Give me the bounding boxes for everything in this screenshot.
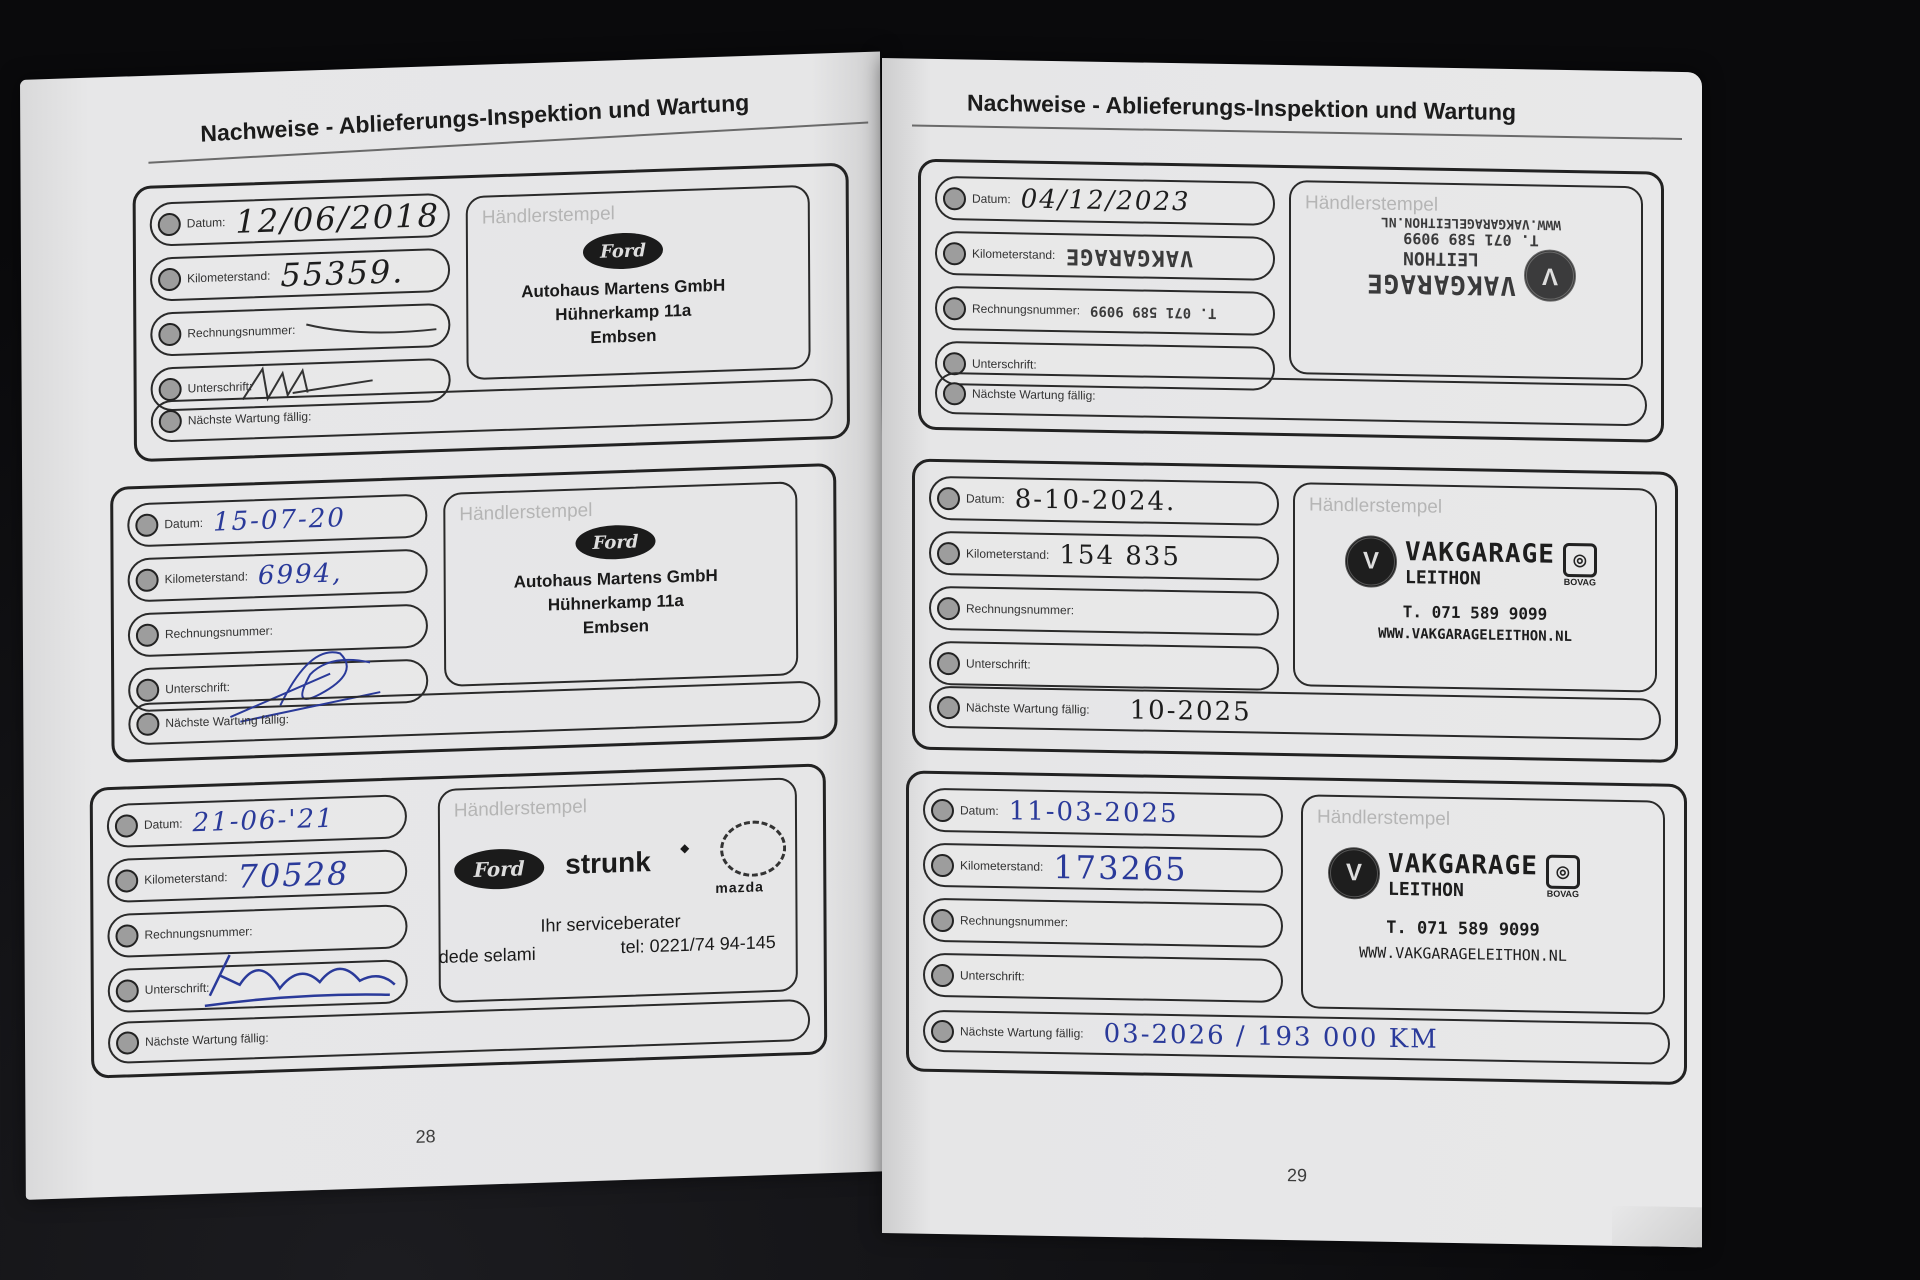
dealer-address: Autohaus Martens GmbH Hühnerkamp 11a Emb… — [498, 273, 748, 353]
vakgarage-logo-icon: V — [1345, 535, 1397, 588]
dealer-phone: tel: 0221/74 94-145 — [621, 932, 776, 958]
date-value: 04/12/2023 — [1021, 184, 1191, 217]
entry-fields: Datum: 21-06-'21 Kilometerstand: 70528 R… — [107, 794, 408, 1024]
km-field[interactable]: Kilometerstand: VAKGARAGE — [935, 231, 1275, 281]
checkbox-circle[interactable] — [931, 853, 954, 876]
date-field[interactable]: Datum: 8-10-2024. — [929, 476, 1279, 526]
dealer-stamp: Händlerstempel Ford strunk ◆ mazda Ihr s… — [438, 777, 798, 1003]
upside-down-stamp: V VAKGARAGE LEITHON T. 071 589 9099 WWW.… — [1331, 213, 1611, 303]
service-entry: Datum: 11-03-2025 Kilometerstand: 173265… — [906, 770, 1687, 1085]
dealer-address: Autohaus Martens GmbH Hühnerkamp 11a Emb… — [486, 563, 746, 644]
checkbox-circle[interactable] — [931, 798, 954, 821]
service-entry: Datum: 15-07-20 Kilometerstand: 6994, Re… — [110, 463, 837, 763]
checkbox-circle[interactable] — [158, 267, 181, 291]
checkbox-circle[interactable] — [158, 212, 181, 236]
title-divider — [912, 125, 1682, 140]
dealer-stamp: Händlerstempel V VAKGARAGE LEITHON ◎BOVA… — [1293, 482, 1657, 692]
bovag-badge-icon: ◎BOVAG — [1546, 855, 1580, 900]
km-value: 173265 — [1053, 848, 1187, 888]
date-field[interactable]: Datum: 04/12/2023 — [935, 176, 1275, 226]
next-service-field[interactable]: Nächste Wartung fällig: 03-2026 / 193 00… — [923, 1010, 1670, 1065]
checkbox-circle[interactable] — [937, 541, 960, 564]
checkbox-circle[interactable] — [943, 382, 966, 405]
km-field[interactable]: Kilometerstand: 6994, — [128, 548, 428, 602]
km-value: 154 835 — [1059, 540, 1181, 572]
ford-logo-icon: Ford — [575, 524, 655, 561]
vakgarage-stamp: V VAKGARAGE LEITHON ◎BOVAG — [1345, 535, 1597, 591]
checkbox-circle[interactable] — [937, 651, 960, 674]
checkbox-circle[interactable] — [115, 814, 138, 838]
ford-logo-icon: Ford — [454, 848, 544, 891]
checkbox-circle[interactable] — [135, 513, 158, 537]
service-entry: Datum: 04/12/2023 Kilometerstand: VAKGAR… — [918, 159, 1664, 443]
invoice-field[interactable]: Rechnungsnummer: — [923, 898, 1283, 948]
checkbox-circle[interactable] — [943, 297, 966, 320]
entry-fields: Datum: 11-03-2025 Kilometerstand: 173265… — [923, 788, 1283, 1014]
signature-scribble — [200, 939, 400, 1016]
km-field[interactable]: Kilometerstand: 55359. — [150, 248, 450, 302]
stamp-offset-mirrored: T. 071 589 9099 — [1090, 303, 1216, 321]
advisor-label: Ihr serviceberater — [540, 911, 680, 937]
date-value: 15-07-20 — [213, 503, 346, 537]
km-field[interactable]: Kilometerstand: 154 835 — [929, 531, 1279, 581]
entry-fields: Datum: 8-10-2024. Kilometerstand: 154 83… — [929, 476, 1279, 702]
date-field[interactable]: Datum: 15-07-20 — [127, 493, 427, 547]
corner-glare — [1612, 1206, 1702, 1248]
entry-fields: Datum: 15-07-20 Kilometerstand: 6994, Re… — [127, 493, 428, 723]
service-entry: Datum: 21-06-'21 Kilometerstand: 70528 R… — [90, 763, 828, 1078]
signature-field[interactable]: Unterschrift: — [108, 959, 408, 1013]
vakgarage-stamp: V VAKGARAGE LEITHON ◎BOVAG — [1328, 847, 1580, 903]
checkbox-circle[interactable] — [937, 486, 960, 509]
checkbox-circle[interactable] — [931, 1019, 954, 1042]
left-page: Nachweise - Ablieferungs-Inspektion und … — [20, 51, 886, 1199]
checkbox-circle[interactable] — [116, 1031, 139, 1055]
checkbox-circle[interactable] — [136, 712, 159, 736]
strunk-logo: strunk — [565, 846, 651, 881]
checkbox-circle[interactable] — [943, 187, 966, 210]
date-value: 12/06/2018 — [235, 196, 440, 241]
date-value: 21-06-'21 — [193, 804, 335, 839]
next-service-field[interactable]: Nächste Wartung fällig: — [935, 372, 1647, 426]
checkbox-circle[interactable] — [115, 869, 138, 893]
mazda-logo-icon — [720, 820, 786, 878]
pen-stroke — [301, 315, 441, 340]
checkbox-circle[interactable] — [159, 409, 182, 433]
checkbox-circle[interactable] — [159, 377, 182, 401]
km-value: 6994, — [258, 558, 343, 591]
invoice-field[interactable]: Rechnungsnummer: — [929, 586, 1279, 636]
checkbox-circle[interactable] — [158, 322, 181, 346]
page-number: 29 — [1287, 1165, 1307, 1186]
entry-fields: Datum: 12/06/2018 Kilometerstand: 55359.… — [150, 193, 451, 423]
signature-field[interactable]: Unterschrift: — [923, 953, 1283, 1003]
km-value: 55359. — [280, 252, 404, 294]
dealer-stamp: Händlerstempel V VAKGARAGE LEITHON ◎BOVA… — [1301, 794, 1665, 1014]
km-value: 70528 — [237, 854, 349, 896]
dealer-stamp: Händlerstempel V VAKGARAGE LEITHON T. 07… — [1289, 180, 1643, 380]
page-title: Nachweise - Ablieferungs-Inspektion und … — [967, 89, 1516, 126]
ford-logo-icon: Ford — [583, 232, 663, 271]
service-entry: Datum: 12/06/2018 Kilometerstand: 55359.… — [133, 163, 850, 463]
mazda-wordmark: mazda — [715, 878, 764, 896]
next-service-value: 03-2026 / 193 000 KM — [1104, 1019, 1439, 1055]
invoice-field[interactable]: Rechnungsnummer: T. 071 589 9099 — [935, 286, 1275, 336]
page-title: Nachweise - Ablieferungs-Inspektion und … — [200, 89, 750, 148]
checkbox-circle[interactable] — [136, 623, 159, 647]
advisor-name: dede selami — [439, 944, 536, 968]
checkbox-circle[interactable] — [937, 695, 960, 718]
date-field[interactable]: Datum: 11-03-2025 — [923, 788, 1283, 838]
km-field[interactable]: Kilometerstand: 70528 — [107, 849, 407, 903]
page-number: 28 — [416, 1126, 436, 1148]
right-page: Nachweise - Ablieferungs-Inspektion und … — [882, 58, 1702, 1247]
vakgarage-logo-icon: V — [1328, 847, 1380, 900]
dealer-stamp: Händlerstempel Ford Autohaus Martens Gmb… — [466, 185, 811, 380]
date-field[interactable]: Datum: 21-06-'21 — [107, 794, 407, 848]
checkbox-circle[interactable] — [115, 924, 138, 948]
checkbox-circle[interactable] — [931, 908, 954, 931]
next-service-value: 10-2025 — [1130, 695, 1252, 727]
date-field[interactable]: Datum: 12/06/2018 — [150, 193, 450, 247]
service-entry: Datum: 8-10-2024. Kilometerstand: 154 83… — [912, 459, 1678, 763]
next-service-field[interactable]: Nächste Wartung fällig: 10-2025 — [929, 686, 1661, 741]
entry-fields: Datum: 04/12/2023 Kilometerstand: VAKGAR… — [935, 176, 1275, 402]
checkbox-circle[interactable] — [931, 963, 954, 986]
date-value: 8-10-2024. — [1015, 484, 1177, 517]
checkbox-circle[interactable] — [116, 979, 139, 1003]
invoice-field[interactable]: Rechnungsnummer: — [150, 303, 450, 357]
checkbox-circle[interactable] — [136, 678, 159, 702]
date-value: 11-03-2025 — [1009, 796, 1179, 829]
km-field[interactable]: Kilometerstand: 173265 — [923, 843, 1283, 893]
stamp-offset-mirrored: VAKGARAGE — [1065, 243, 1193, 270]
signature-field[interactable]: Unterschrift: — [929, 641, 1279, 691]
vakgarage-logo-icon: V — [1524, 249, 1576, 302]
dealer-stamp: Händlerstempel Ford Autohaus Martens Gmb… — [443, 481, 798, 687]
diamond-icon: ◆ — [680, 841, 689, 855]
checkbox-circle[interactable] — [136, 568, 159, 592]
checkbox-circle[interactable] — [937, 596, 960, 619]
bovag-badge-icon: ◎BOVAG — [1563, 543, 1597, 588]
checkbox-circle[interactable] — [943, 242, 966, 265]
